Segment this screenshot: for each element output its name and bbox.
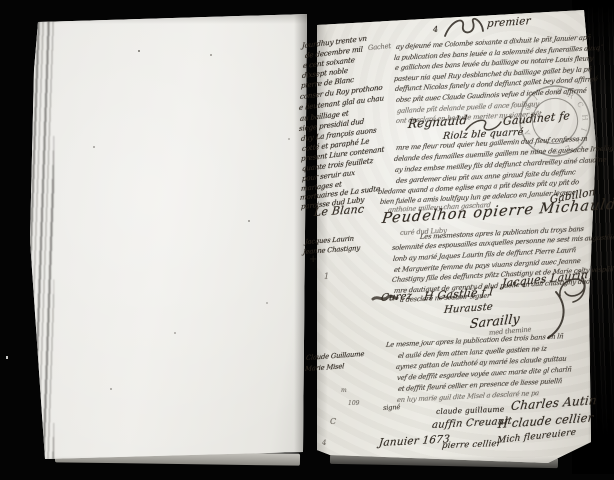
margin-mark: 4 (322, 439, 326, 447)
signature-claude-guillaume: claude guillaume (436, 405, 505, 416)
margin-cross-mark: + (309, 254, 317, 265)
folio-number: 4 (433, 25, 439, 34)
signature-curez: Curez (380, 291, 413, 304)
header-paraph-flourish-icon (443, 16, 485, 40)
margin-note-line: Marie Misel (305, 362, 345, 373)
handwriting-layer: 4 premier Gachet Jourdhuy trente vn de d… (0, 0, 614, 480)
act-caption: premier (487, 15, 532, 30)
margin-mark: C (330, 417, 336, 426)
side-note: Gachet (368, 42, 392, 52)
signature-claude-cellier: H claude cellier (497, 410, 594, 431)
margin-tick: 1 (324, 272, 329, 281)
margin-mark: m (341, 387, 347, 394)
scanned-register-photo: · A R C H I V E S · V A L O I S · 4 prem… (0, 0, 614, 480)
signature-pierre-cellier: pierre cellier (441, 439, 501, 451)
margin-note-line: Claude Guillaume (306, 350, 365, 362)
signature-date: Januier 1673 (378, 433, 450, 449)
signed-label: signé (383, 403, 401, 412)
signature-le-blanc: Le Blanc (313, 202, 365, 219)
margin-mark: 109 (348, 400, 359, 407)
signature-fleureuiere: Mich fleureuiere (497, 428, 577, 446)
signature-regnauld: Regnauld (407, 113, 468, 131)
